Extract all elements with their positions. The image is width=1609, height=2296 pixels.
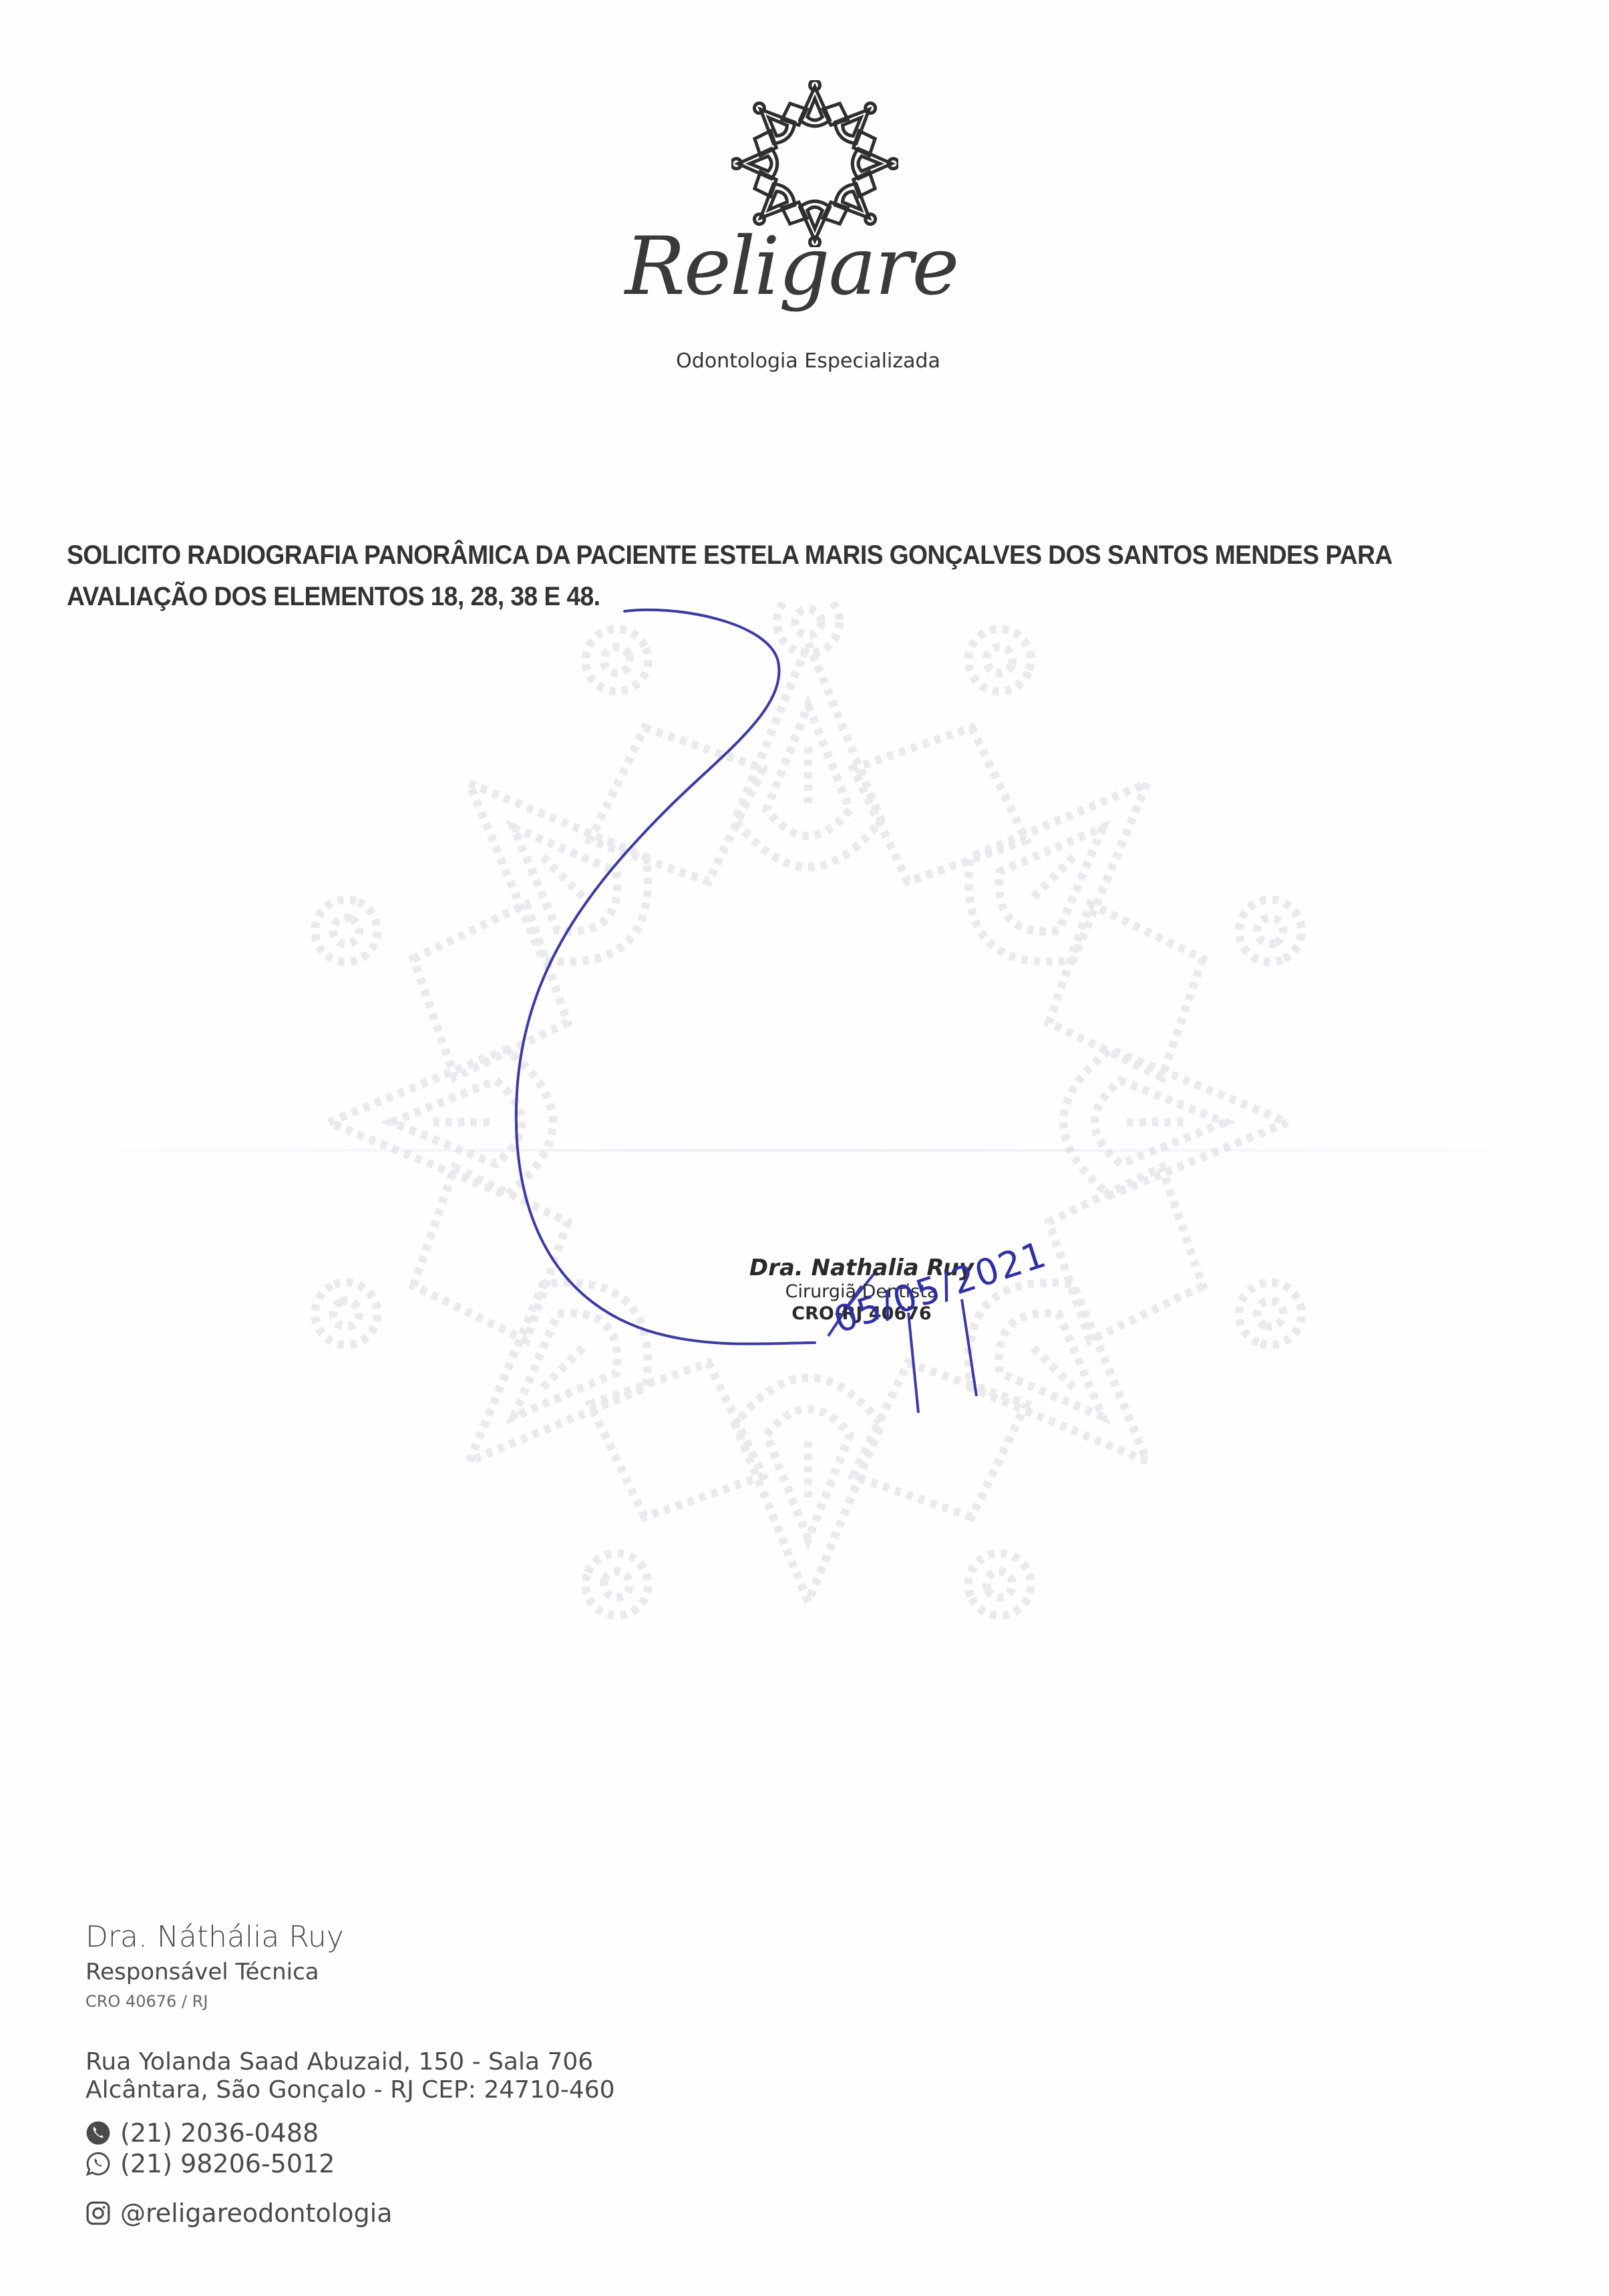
footer-phones: (21) 2036-0488 (21) 98206-5012 [85,2118,615,2179]
footer-name: Dra. Náthália Ruy [85,1919,615,1956]
document-page: Religare Odontologia Especializada SOLIC… [0,0,1609,2296]
request-line-1: SOLICITO RADIOGRAFIA PANORÂMICA DA PACIE… [67,534,1371,576]
footer-address: Rua Yolanda Saad Abuzaid, 150 - Sala 706… [85,2048,615,2104]
phone-number: (21) 2036-0488 [120,2118,319,2148]
phone-row: (21) 2036-0488 [85,2118,615,2148]
request-line-2: AVALIAÇÃO DOS ELEMENTOS 18, 28, 38 E 48. [67,576,1371,617]
instagram-icon [85,2200,111,2226]
instagram-row: @religareodontologia [85,2198,615,2229]
whatsapp-row: (21) 98206-5012 [85,2148,615,2179]
phone-icon [85,2120,111,2146]
address-line-1: Rua Yolanda Saad Abuzaid, 150 - Sala 706 [85,2048,615,2076]
brand-tagline: Odontologia Especializada [661,349,955,373]
mandala-watermark [287,601,1329,1643]
fold-line [0,1149,1609,1152]
footer-role: Responsável Técnica [85,1956,615,1988]
address-line-2: Alcântara, São Gonçalo - RJ CEP: 24710-4… [85,2076,615,2104]
whatsapp-number: (21) 98206-5012 [120,2148,335,2179]
whatsapp-icon [85,2151,111,2176]
request-text: SOLICITO RADIOGRAFIA PANORÂMICA DA PACIE… [67,534,1371,617]
brand-logo: Religare [624,227,958,307]
instagram-handle: @religareodontologia [120,2198,392,2229]
footer-contact: Dra. Náthália Ruy Responsável Técnica CR… [85,1919,615,2229]
footer-registration: CRO 40676 / RJ [85,1988,615,2015]
